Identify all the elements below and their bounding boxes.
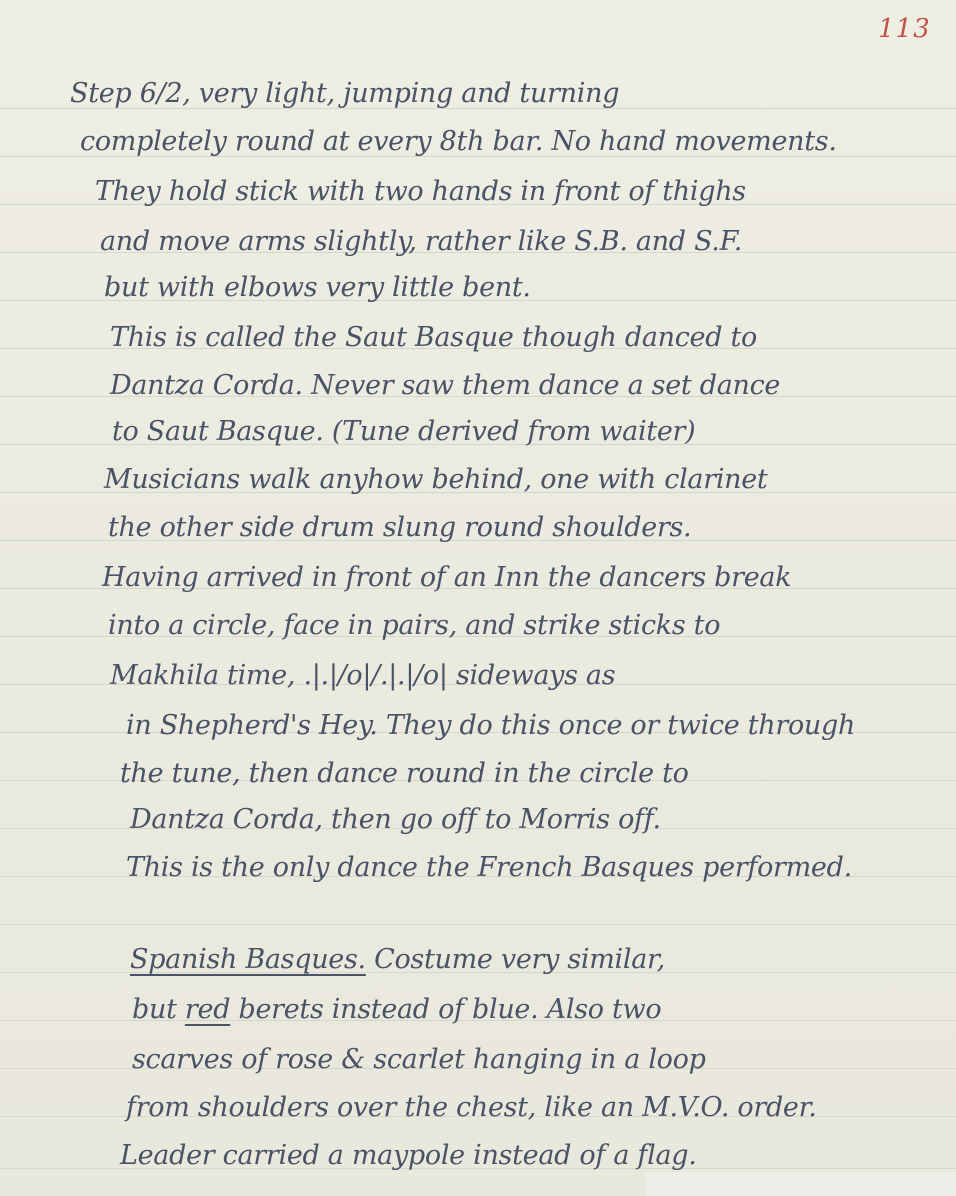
ruled-line — [0, 924, 956, 925]
text-line: but red berets instead of blue. Also two — [132, 994, 661, 1025]
text-span: Costume very similar, — [366, 944, 665, 975]
text-line: This is called the Saut Basque though da… — [110, 322, 757, 353]
page-number: 113 — [878, 14, 931, 44]
text-line: the other side drum slung round shoulder… — [108, 512, 691, 543]
text-line: Having arrived in front of an Inn the da… — [102, 562, 791, 593]
section-heading: Spanish Basques. — [130, 944, 366, 975]
text-line: Dantza Corda. Never saw them dance a set… — [110, 370, 780, 401]
text-line: the tune, then dance round in the circle… — [120, 758, 689, 789]
text-line: Spanish Basques. Costume very similar, — [130, 944, 665, 975]
text-line: They hold stick with two hands in front … — [95, 176, 746, 207]
text-span: berets instead of blue. Also two — [230, 994, 661, 1025]
text-line: into a circle, face in pairs, and strike… — [108, 610, 720, 641]
text-line: Leader carried a maypole instead of a fl… — [120, 1140, 697, 1171]
text-line: Dantza Corda, then go off to Morris off. — [130, 804, 661, 835]
text-line: to Saut Basque. (Tune derived from waite… — [112, 416, 695, 447]
emphasis-red: red — [185, 994, 230, 1025]
text-line: but with elbows very little bent. — [104, 272, 531, 303]
text-line: in Shepherd's Hey. They do this once or … — [126, 710, 855, 741]
text-line: Musicians walk anyhow behind, one with c… — [104, 464, 768, 495]
manuscript-page: 113 Step 6/2, very light, jumping and tu… — [0, 0, 956, 1196]
text-line: from shoulders over the chest, like an M… — [126, 1092, 817, 1123]
text-line: Step 6/2, very light, jumping and turnin… — [70, 78, 619, 109]
paper-patch — [645, 1172, 956, 1196]
text-line: scarves of rose & scarlet hanging in a l… — [132, 1044, 706, 1075]
text-line: and move arms slightly, rather like S.B.… — [100, 226, 742, 257]
text-span: but — [132, 994, 185, 1025]
text-line: Makhila time, .|.|/o|/.|.|/o| sideways a… — [110, 660, 615, 691]
text-line: This is the only dance the French Basque… — [126, 852, 852, 883]
text-line: completely round at every 8th bar. No ha… — [80, 126, 837, 157]
